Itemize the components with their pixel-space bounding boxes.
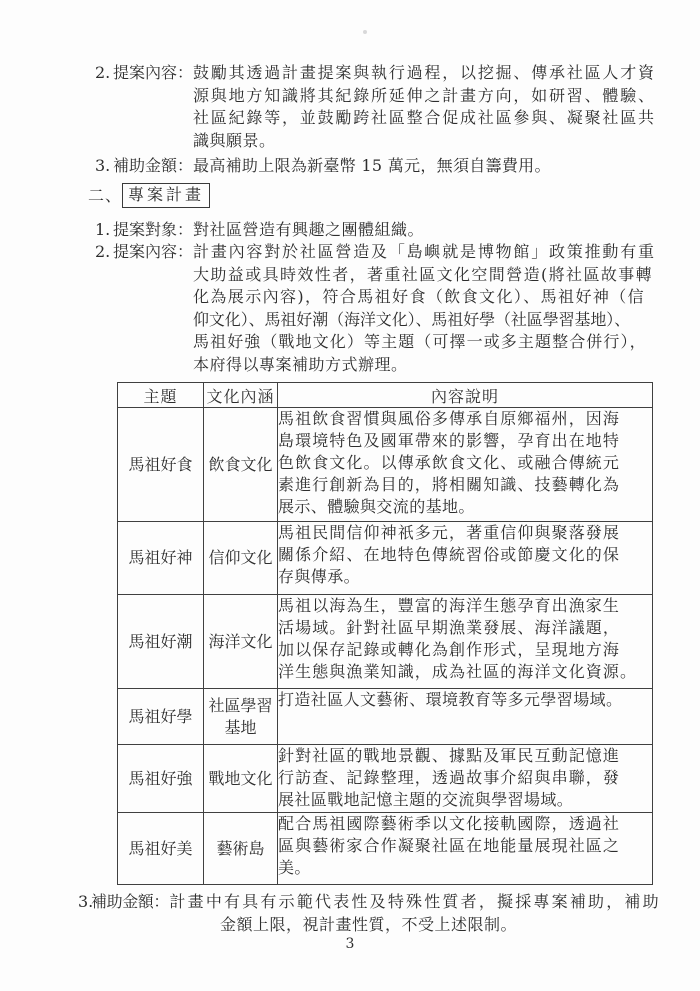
item-number: 2. <box>95 62 113 85</box>
table-row: 馬祖好食 飲食文化 馬祖飲食習慣與風俗多傳承自原鄉福州，因海 島環境特色及國軍帶… <box>118 408 653 522</box>
header-culture: 文化內涵 <box>204 383 278 408</box>
item-colon: ： <box>177 220 193 239</box>
description-line: 針對社區的戰地景觀、據點及軍民互動記憶進 <box>278 745 652 767</box>
intro-item-proposal-content: 2.提案內容：鼓勵其透過計畫提案與執行過程，以挖掘、傳承社區人才資 源與地方知識… <box>95 62 700 152</box>
paragraph-line: 3.補助金額：最高補助上限為新臺幣 15 萬元，無須自籌費用。 <box>95 155 700 178</box>
culture-cell: 戰地文化 <box>204 745 278 813</box>
description-cell: 配合馬祖國際藝術季以文化接軌國際，透過社 區與藝術家合作凝聚社區在地能量展現社區… <box>278 813 653 885</box>
description-line: 島環境特色及國軍帶來的影響，孕育出在地特 <box>278 430 652 452</box>
description-line: 存與傳承。 <box>278 566 652 588</box>
description-line: 關係介紹、在地特色傳統習俗或節慶文化的保 <box>278 544 652 566</box>
section-item-grant-amount: 3.補助金額：計畫中有具有示範代表性及特殊性質者，擬採專案補助，補助 金額上限，… <box>78 891 700 936</box>
description-line: 打造社區人文藝術、環境教育等多元學習場域。 <box>278 689 652 711</box>
paragraph-line: 仰文化）、馬祖好潮（海洋文化）、馬祖好學（社區學習基地）、 <box>193 309 700 332</box>
description-line: 行訪查、記錄整理，透過故事介紹與串聯，發 <box>278 767 652 789</box>
item-colon: ： <box>177 242 193 261</box>
description-line: 色飲食文化。以傳承飲食文化、或融合傳統元 <box>278 452 652 474</box>
section-item-proposal-content: 2.提案內容：計畫內容對於社區營造及「島嶼就是博物館」政策推動有重 大助益或具時… <box>95 241 700 376</box>
item-text: 最高補助上限為新臺幣 15 萬元，無須自籌費用。 <box>193 156 551 175</box>
culture-cell: 社區學習基地 <box>204 689 278 745</box>
item-number: 3. <box>78 891 91 914</box>
description-line: 展示、體驗與交流的基地。 <box>278 496 652 518</box>
document-page: 2.提案內容：鼓勵其透過計畫提案與執行過程，以挖掘、傳承社區人才資 源與地方知識… <box>0 0 700 991</box>
paragraph-line: 2.提案內容：計畫內容對於社區營造及「島嶼就是博物館」政策推動有重 <box>95 241 700 264</box>
paragraph-line: 1.提案對象：對社區營造有興趣之團體組織。 <box>95 219 700 242</box>
page-content: 2.提案內容：鼓勵其透過計畫提案與執行過程，以挖掘、傳承社區人才資 源與地方知識… <box>0 0 700 936</box>
paragraph-line: 2.提案內容：鼓勵其透過計畫提案與執行過程，以挖掘、傳承社區人才資 <box>95 62 700 85</box>
paragraph-line: 識與願景。 <box>193 130 700 153</box>
item-text: 對社區營造有興趣之團體組織。 <box>193 220 424 239</box>
description-cell: 馬祖民間信仰神祇多元，著重信仰與聚落發展 關係介紹、在地特色傳統習俗或節慶文化的… <box>278 522 653 595</box>
theme-cell: 馬祖好潮 <box>118 595 204 689</box>
paragraph-line: 社區紀錄等，並鼓勵跨社區整合促成社區參與、凝聚社區共 <box>193 107 700 130</box>
description-cell: 針對社區的戰地景觀、據點及軍民互動記憶進 行訪查、記錄整理，透過故事介紹與串聯，… <box>278 745 653 813</box>
table-row: 馬祖好美 藝術島 配合馬祖國際藝術季以文化接軌國際，透過社 區與藝術家合作凝聚社… <box>118 813 653 885</box>
section-marker: 二、 <box>88 186 122 205</box>
section-heading: 二、專案計畫 <box>88 183 700 209</box>
theme-cell: 馬祖好美 <box>118 813 204 885</box>
culture-cell: 信仰文化 <box>204 522 278 595</box>
paragraph-line: 馬祖好強（戰地文化）等主題（可擇一或多主題整合併行）， <box>193 331 700 354</box>
item-number: 2. <box>95 241 113 264</box>
item-label: 提案對象 <box>113 220 177 239</box>
paragraph-line: 源與地方知識將其紀錄所延伸之計畫方向，如研習、體驗、 <box>193 85 700 108</box>
table-row: 馬祖好神 信仰文化 馬祖民間信仰神祇多元，著重信仰與聚落發展 關係介紹、在地特色… <box>118 522 653 595</box>
description-line: 展社區戰地記憶主題的交流與學習場域。 <box>278 789 652 811</box>
description-cell: 馬祖以海為生，豐富的海洋生態孕育出漁家生 活場域。針對社區早期漁業發展、海洋議題… <box>278 595 653 689</box>
item-text: 計畫內容對於社區營造及「島嶼就是博物館」政策推動有重 <box>193 242 656 261</box>
scan-speck <box>363 30 367 34</box>
description-line: 素進行創新為目的，將相關知識、技藝轉化為 <box>278 474 652 496</box>
description-line: 洋生態與漁業知識，成為社區的海洋文化資源。 <box>278 661 652 683</box>
table-row: 馬祖好學 社區學習基地 打造社區人文藝術、環境教育等多元學習場域。 <box>118 689 653 745</box>
description-line: 配合馬祖國際藝術季以文化接軌國際，透過社 <box>278 813 652 835</box>
culture-cell: 飲食文化 <box>204 408 278 522</box>
item-number: 1. <box>95 219 113 242</box>
description-line: 加以保存記錄或轉化為創作形式，呈現地方海 <box>278 639 652 661</box>
description-line: 馬祖飲食習慣與風俗多傳承自原鄉福州，因海 <box>278 408 652 430</box>
description-line: 活場域。針對社區早期漁業發展、海洋議題， <box>278 617 652 639</box>
page-number: 3 <box>0 936 700 952</box>
item-label: 提案內容 <box>113 63 177 82</box>
table-row: 馬祖好潮 海洋文化 馬祖以海為生，豐富的海洋生態孕育出漁家生 活場域。針對社區早… <box>118 595 653 689</box>
paragraph-line: 本府得以專案補助方式辦理。 <box>193 354 700 377</box>
paragraph-line: 金額上限，視計畫性質，不受上述限制。 <box>220 914 700 937</box>
table-row: 馬祖好強 戰地文化 針對社區的戰地景觀、據點及軍民互動記憶進 行訪查、記錄整理，… <box>118 745 653 813</box>
culture-cell: 藝術島 <box>204 813 278 885</box>
description-line: 馬祖民間信仰神祇多元，著重信仰與聚落發展 <box>278 522 652 544</box>
paragraph-line: 大助益或具時效性者，著重社區文化空間營造(將社區故事轉 <box>193 264 700 287</box>
intro-item-grant-amount: 3.補助金額：最高補助上限為新臺幣 15 萬元，無須自籌費用。 <box>95 155 700 178</box>
item-number: 3. <box>95 155 113 178</box>
item-label: 提案內容 <box>113 242 177 261</box>
description-cell: 馬祖飲食習慣與風俗多傳承自原鄉福州，因海 島環境特色及國軍帶來的影響，孕育出在地… <box>278 408 653 522</box>
item-colon: ： <box>177 156 193 175</box>
item-label: 補助金額 <box>113 156 177 175</box>
description-line: 馬祖以海為生，豐富的海洋生態孕育出漁家生 <box>278 595 652 617</box>
item-text: 鼓勵其透過計畫提案與執行過程，以挖掘、傳承社區人才資 <box>193 63 656 82</box>
description-cell: 打造社區人文藝術、環境教育等多元學習場域。 <box>278 689 653 745</box>
paragraph-line: 化為展示內容)，符合馬祖好食（飲食文化）、馬祖好神（信 <box>193 286 700 309</box>
theme-cell: 馬祖好強 <box>118 745 204 813</box>
table-header-row: 主題 文化內涵 內容說明 <box>118 383 653 408</box>
item-colon: ： <box>153 892 169 911</box>
theme-cell: 馬祖好學 <box>118 689 204 745</box>
header-theme: 主題 <box>118 383 204 408</box>
theme-cell: 馬祖好神 <box>118 522 204 595</box>
culture-cell: 海洋文化 <box>204 595 278 689</box>
themes-table: 主題 文化內涵 內容說明 馬祖好食 飲食文化 馬祖飲食習慣與風俗多傳承自原鄉福州… <box>117 382 653 885</box>
item-colon: ： <box>177 63 193 82</box>
item-text: 計畫中有具有示範代表性及特殊性質者，擬採專案補助，補助 <box>169 892 660 911</box>
description-line: 美。 <box>278 857 652 879</box>
header-description: 內容說明 <box>278 383 653 408</box>
paragraph-line: 3.補助金額：計畫中有具有示範代表性及特殊性質者，擬採專案補助，補助 <box>78 891 700 914</box>
section-item-proposal-target: 1.提案對象：對社區營造有興趣之團體組織。 <box>95 219 700 242</box>
item-label: 補助金額 <box>91 892 153 911</box>
description-line: 區與藝術家合作凝聚社區在地能量展現社區之 <box>278 835 652 857</box>
theme-cell: 馬祖好食 <box>118 408 204 522</box>
section-title-box: 專案計畫 <box>122 183 210 208</box>
